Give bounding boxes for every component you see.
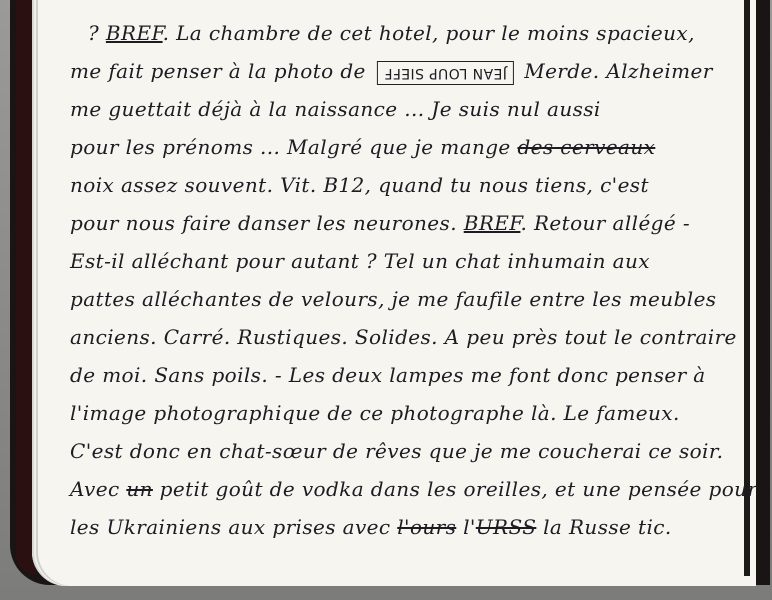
underlined-word: BREF [464,211,521,235]
text-line: me guettait déjà à la naissance ... Je s… [70,90,760,128]
underlined-word: BREF [106,21,163,45]
text-fragment: pour nous faire danser les neurones. [70,211,464,235]
text-line: ? BREF. La chambre de cet hotel, pour le… [70,14,760,52]
text-fragment: de moi. Sans poils. - Les deux lampes me… [70,363,706,387]
text-line: l'image photographique de ce photographe… [70,394,760,432]
text-fragment: anciens. Carré. Rustiques. Solides. A pe… [70,325,737,349]
text-fragment: me fait penser à la photo de [70,59,373,83]
text-fragment: . Retour allégé - [520,211,690,235]
text-fragment: la Russe tic. [536,515,671,539]
text-fragment: Avec [70,477,126,501]
text-fragment: noix assez souvent. Vit. B12, quand tu n… [70,173,649,197]
text-line: Avec un petit goût de vodka dans les ore… [70,470,760,508]
struck-word: un [126,477,153,501]
struck-word: URSS [476,515,537,539]
text-fragment: l' [456,515,475,539]
text-line: de moi. Sans poils. - Les deux lampes me… [70,356,760,394]
handwritten-text: ? BREF. La chambre de cet hotel, pour le… [70,14,760,546]
text-line: noix assez souvent. Vit. B12, quand tu n… [70,166,760,204]
name-stamp: JEAN LOUP SIEFF [377,61,514,85]
struck-word: des cerveaux [517,135,655,159]
text-line: C'est donc en chat-sœur de rêves que je … [70,432,760,470]
text-fragment: C'est donc en chat-sœur de rêves que je … [70,439,723,463]
text-fragment: pattes alléchantes de velours, je me fau… [70,287,716,311]
text-line: pour les prénoms ... Malgré que je mange… [70,128,760,166]
text-line: anciens. Carré. Rustiques. Solides. A pe… [70,318,760,356]
text-line: pattes alléchantes de velours, je me fau… [70,280,760,318]
text-fragment: Merde. Alzheimer [517,59,712,83]
text-line: me fait penser à la photo de JEAN LOUP S… [70,52,760,90]
text-fragment: Est-il alléchant pour autant ? Tel un ch… [70,249,650,273]
text-line: pour nous faire danser les neurones. BRE… [70,204,760,242]
text-line: Est-il alléchant pour autant ? Tel un ch… [70,242,760,280]
text-fragment: les Ukrainiens aux prises avec [70,515,397,539]
text-fragment: me guettait déjà à la naissance ... Je s… [70,97,601,121]
text-fragment: . La chambre de cet hotel, pour le moins… [163,21,695,45]
struck-word: l'ours [397,515,456,539]
text-fragment: l'image photographique de ce photographe… [70,401,680,425]
text-line: les Ukrainiens aux prises avec l'ours l'… [70,508,760,546]
text-fragment: ? [88,21,106,45]
text-fragment: petit goût de vodka dans les oreilles, e… [153,477,758,501]
text-fragment: pour les prénoms ... Malgré que je mange [70,135,517,159]
